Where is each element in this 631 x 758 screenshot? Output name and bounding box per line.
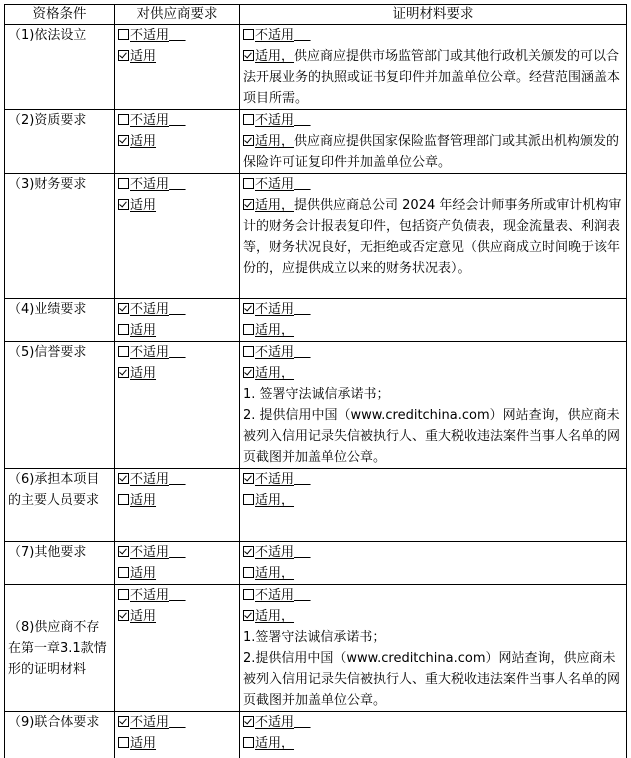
underline-padding [169, 469, 186, 490]
unchecked-checkbox-icon[interactable] [243, 589, 254, 600]
option-label: 不适用 [255, 588, 294, 603]
supplier-applicable-option[interactable]: 适用 [118, 320, 236, 341]
underline-padding [169, 542, 186, 563]
underline-padding [294, 25, 311, 46]
proof-applicable-option[interactable]: 适用， [243, 606, 623, 627]
proof-items: 1. 签署守法诚信承诺书；2. 提供信用中国（www.creditchina.c… [243, 384, 623, 468]
supplier-requirement-cell: 不适用 适用 [115, 299, 240, 342]
unchecked-checkbox-icon[interactable] [118, 324, 129, 335]
option-label: 适用， [255, 49, 294, 64]
supplier-requirement-cell: 不适用 适用 [115, 712, 240, 758]
qualification-condition: （9)联合体要求 [5, 712, 115, 758]
underline-padding [169, 174, 186, 195]
underline-padding [169, 712, 186, 733]
option-label: 适用， [255, 198, 294, 213]
unchecked-checkbox-icon[interactable] [243, 178, 254, 189]
option-label: 不适用 [130, 588, 169, 603]
table-body: （1)依法设立 不适用 适用 不适用 适用，供应商应提供市场监管部门或其他行政机… [5, 25, 627, 758]
option-label: 不适用 [255, 113, 294, 128]
proof-not-applicable-option[interactable]: 不适用 [243, 712, 623, 733]
unchecked-checkbox-icon[interactable] [118, 346, 129, 357]
option-label: 适用， [255, 366, 294, 381]
option-label: 不适用 [255, 302, 294, 317]
option-label: 适用 [130, 493, 156, 508]
option-label: 适用， [255, 566, 294, 581]
option-label: 适用， [255, 609, 294, 624]
supplier-requirement-cell: 不适用 适用 [115, 110, 240, 174]
qualification-condition: （7)其他要求 [5, 542, 115, 585]
supplier-requirement-cell: 不适用 适用 [115, 469, 240, 542]
option-label: 适用 [130, 198, 156, 213]
supplier-requirement-cell: 不适用 适用 [115, 342, 240, 469]
option-label: 适用 [130, 323, 156, 338]
proof-applicable-option[interactable]: 适用， [243, 363, 623, 384]
proof-not-applicable-option[interactable]: 不适用 [243, 469, 623, 490]
supplier-requirement-cell: 不适用 适用 [115, 542, 240, 585]
option-label: 不适用 [255, 177, 294, 192]
proof-description: 供应商应提供市场监管部门或其他行政机关颁发的可以合法开展业务的执照或证书复印件并… [243, 49, 620, 106]
checked-checkbox-icon[interactable] [118, 135, 129, 146]
checked-checkbox-icon[interactable] [118, 610, 129, 621]
option-label: 适用 [130, 566, 156, 581]
checked-checkbox-icon[interactable] [243, 473, 254, 484]
qualification-condition: （1)依法设立 [5, 25, 115, 110]
condition-label: （1)依法设立 [8, 28, 86, 43]
condition-label: （3)财务要求 [8, 177, 86, 192]
option-label: 适用， [255, 134, 294, 149]
condition-label: （5)信誉要求 [8, 345, 86, 360]
proof-list-item: 2. 提供信用中国（www.creditchina.com）网站查询，供应商未被… [243, 405, 623, 468]
option-label: 适用 [130, 609, 156, 624]
table-row: （1)依法设立 不适用 适用 不适用 适用，供应商应提供市场监管部门或其他行政机… [5, 25, 627, 110]
qualification-condition: （2)资质要求 [5, 110, 115, 174]
proof-list-item: 1. 签署守法诚信承诺书； [243, 384, 623, 405]
unchecked-checkbox-icon[interactable] [118, 114, 129, 125]
condition-label: （6)承担本项目的主要人员要求 [8, 472, 99, 508]
proof-description: 提供供应商总公司 2024 年经会计师事务所或审计机构审计的财务会计报表复印件，… [243, 198, 621, 276]
proof-applicable-option[interactable]: 适用，提供供应商总公司 2024 年经会计师事务所或审计机构审计的财务会计报表复… [243, 195, 623, 279]
supplier-not-applicable-option[interactable]: 不适用 [118, 712, 236, 733]
option-label: 适用， [255, 736, 294, 751]
option-label: 不适用 [130, 715, 169, 730]
underline-padding [169, 342, 186, 363]
checked-checkbox-icon[interactable] [243, 546, 254, 557]
option-label: 适用 [130, 366, 156, 381]
supplier-not-applicable-option[interactable]: 不适用 [118, 174, 236, 195]
proof-not-applicable-option[interactable]: 不适用 [243, 542, 623, 563]
proof-applicable-option[interactable]: 适用， [243, 320, 623, 341]
supplier-not-applicable-option[interactable]: 不适用 [118, 25, 236, 46]
proof-list-item: 2.提供信用中国（www.creditchina.com）网站查询，供应商未被列… [243, 648, 623, 711]
supplier-requirement-cell: 不适用 适用 [115, 174, 240, 299]
unchecked-checkbox-icon[interactable] [118, 589, 129, 600]
option-label: 适用， [255, 323, 294, 338]
option-label: 不适用 [130, 113, 169, 128]
supplier-applicable-option[interactable]: 适用 [118, 46, 236, 67]
option-label: 不适用 [130, 302, 169, 317]
checked-checkbox-icon[interactable] [118, 50, 129, 61]
checked-checkbox-icon[interactable] [243, 50, 254, 61]
checked-checkbox-icon[interactable] [118, 716, 129, 727]
checked-checkbox-icon[interactable] [243, 303, 254, 314]
proof-material-cell: 不适用 适用，供应商应提供国家保险监督管理部门或其派出机构颁发的保险许可证复印件… [240, 110, 627, 174]
proof-material-cell: 不适用 适用， [240, 299, 627, 342]
checked-checkbox-icon[interactable] [118, 367, 129, 378]
checked-checkbox-icon[interactable] [118, 199, 129, 210]
underline-padding [169, 299, 186, 320]
unchecked-checkbox-icon[interactable] [118, 178, 129, 189]
underline-padding [169, 585, 186, 606]
unchecked-checkbox-icon[interactable] [118, 567, 129, 578]
underline-padding [294, 585, 311, 606]
supplier-applicable-option[interactable]: 适用 [118, 563, 236, 584]
proof-applicable-option[interactable]: 适用，供应商应提供国家保险监督管理部门或其派出机构颁发的保险许可证复印件并加盖单… [243, 131, 623, 173]
proof-items: 1.签署守法诚信承诺书；2.提供信用中国（www.creditchina.com… [243, 627, 623, 711]
supplier-applicable-option[interactable]: 适用 [118, 606, 236, 627]
unchecked-checkbox-icon[interactable] [243, 567, 254, 578]
proof-applicable-option[interactable]: 适用， [243, 733, 623, 754]
supplier-not-applicable-option[interactable]: 不适用 [118, 299, 236, 320]
unchecked-checkbox-icon[interactable] [243, 114, 254, 125]
proof-material-cell: 不适用 适用， 1. 签署守法诚信承诺书；2. 提供信用中国（www.credi… [240, 342, 627, 469]
proof-applicable-option[interactable]: 适用， [243, 490, 623, 511]
underline-padding [169, 110, 186, 131]
table-row: （8)供应商不存在第一章3.1款情形的证明材料 不适用 适用 不适用 适用， 1… [5, 585, 627, 712]
unchecked-checkbox-icon[interactable] [118, 29, 129, 40]
underline-padding [294, 542, 311, 563]
checked-checkbox-icon[interactable] [243, 199, 254, 210]
table-row: （2)资质要求 不适用 适用 不适用 适用，供应商应提供国家保险监督管理部门或其… [5, 110, 627, 174]
underline-padding [294, 299, 311, 320]
supplier-not-applicable-option[interactable]: 不适用 [118, 342, 236, 363]
proof-not-applicable-option[interactable]: 不适用 [243, 110, 623, 131]
qualification-condition: （3)财务要求 [5, 174, 115, 299]
option-label: 适用 [130, 134, 156, 149]
header-proof-material: 证明材料要求 [240, 5, 627, 25]
option-label: 不适用 [255, 715, 294, 730]
qualification-condition: （4)业绩要求 [5, 299, 115, 342]
proof-not-applicable-option[interactable]: 不适用 [243, 174, 623, 195]
supplier-applicable-option[interactable]: 适用 [118, 490, 236, 511]
condition-label: （4)业绩要求 [8, 302, 86, 317]
header-qualification: 资格条件 [5, 5, 115, 25]
table-row: （7)其他要求 不适用 适用 不适用 适用， [5, 542, 627, 585]
underline-padding [294, 342, 311, 363]
table-header-row: 资格条件 对供应商要求 证明材料要求 [5, 5, 627, 25]
proof-applicable-option[interactable]: 适用，供应商应提供市场监管部门或其他行政机关颁发的可以合法开展业务的执照或证书复… [243, 46, 623, 109]
table-row: （9)联合体要求 不适用 适用 不适用 适用， [5, 712, 627, 758]
unchecked-checkbox-icon[interactable] [243, 324, 254, 335]
table-row: （4)业绩要求 不适用 适用 不适用 适用， [5, 299, 627, 342]
supplier-not-applicable-option[interactable]: 不适用 [118, 469, 236, 490]
qualification-condition: （8)供应商不存在第一章3.1款情形的证明材料 [5, 585, 115, 712]
unchecked-checkbox-icon[interactable] [243, 346, 254, 357]
proof-material-cell: 不适用 适用， [240, 712, 627, 758]
underline-padding [294, 174, 311, 195]
checked-checkbox-icon[interactable] [118, 546, 129, 557]
underline-padding [294, 469, 311, 490]
checked-checkbox-icon[interactable] [243, 367, 254, 378]
checked-checkbox-icon[interactable] [118, 473, 129, 484]
supplier-not-applicable-option[interactable]: 不适用 [118, 110, 236, 131]
proof-material-cell: 不适用 适用，提供供应商总公司 2024 年经会计师事务所或审计机构审计的财务会… [240, 174, 627, 299]
condition-label: （2)资质要求 [8, 113, 86, 128]
proof-not-applicable-option[interactable]: 不适用 [243, 25, 623, 46]
checked-checkbox-icon[interactable] [243, 716, 254, 727]
checked-checkbox-icon[interactable] [243, 135, 254, 146]
unchecked-checkbox-icon[interactable] [243, 29, 254, 40]
underline-padding [294, 110, 311, 131]
proof-material-cell: 不适用 适用， 1.签署守法诚信承诺书；2.提供信用中国（www.creditc… [240, 585, 627, 712]
supplier-applicable-option[interactable]: 适用 [118, 733, 236, 754]
proof-description: 供应商应提供国家保险监督管理部门或其派出机构颁发的保险许可证复印件并加盖单位公章… [243, 134, 619, 170]
condition-label: （9)联合体要求 [8, 715, 99, 730]
checked-checkbox-icon[interactable] [243, 610, 254, 621]
supplier-applicable-option[interactable]: 适用 [118, 195, 236, 216]
option-label: 不适用 [130, 177, 169, 192]
option-label: 不适用 [130, 545, 169, 560]
supplier-applicable-option[interactable]: 适用 [118, 363, 236, 384]
option-label: 不适用 [130, 28, 169, 43]
qualification-condition: （6)承担本项目的主要人员要求 [5, 469, 115, 542]
supplier-not-applicable-option[interactable]: 不适用 [118, 542, 236, 563]
proof-list-item: 1.签署守法诚信承诺书； [243, 627, 623, 648]
condition-label: （8)供应商不存在第一章3.1款情形的证明材料 [8, 620, 107, 677]
unchecked-checkbox-icon[interactable] [243, 494, 254, 505]
proof-material-cell: 不适用 适用， [240, 542, 627, 585]
proof-not-applicable-option[interactable]: 不适用 [243, 299, 623, 320]
supplier-requirement-cell: 不适用 适用 [115, 25, 240, 110]
option-label: 不适用 [130, 472, 169, 487]
proof-applicable-option[interactable]: 适用， [243, 563, 623, 584]
unchecked-checkbox-icon[interactable] [243, 737, 254, 748]
table-row: （5)信誉要求 不适用 适用 不适用 适用， 1. 签署守法诚信承诺书；2. 提… [5, 342, 627, 469]
proof-not-applicable-option[interactable]: 不适用 [243, 585, 623, 606]
condition-label: （7)其他要求 [8, 545, 86, 560]
option-label: 适用， [255, 493, 294, 508]
option-label: 不适用 [255, 345, 294, 360]
underline-padding [294, 712, 311, 733]
unchecked-checkbox-icon[interactable] [118, 494, 129, 505]
supplier-applicable-option[interactable]: 适用 [118, 131, 236, 152]
proof-not-applicable-option[interactable]: 不适用 [243, 342, 623, 363]
table-row: （3)财务要求 不适用 适用 不适用 适用，提供供应商总公司 2024 年经会计… [5, 174, 627, 299]
option-label: 不适用 [255, 545, 294, 560]
qualification-requirements-table: 资格条件 对供应商要求 证明材料要求 （1)依法设立 不适用 适用 不适用 适用… [4, 4, 627, 758]
option-label: 不适用 [130, 345, 169, 360]
header-supplier-requirement: 对供应商要求 [115, 5, 240, 25]
qualification-condition: （5)信誉要求 [5, 342, 115, 469]
unchecked-checkbox-icon[interactable] [118, 737, 129, 748]
supplier-not-applicable-option[interactable]: 不适用 [118, 585, 236, 606]
supplier-requirement-cell: 不适用 适用 [115, 585, 240, 712]
underline-padding [169, 25, 186, 46]
proof-material-cell: 不适用 适用， [240, 469, 627, 542]
option-label: 不适用 [255, 28, 294, 43]
option-label: 适用 [130, 49, 156, 64]
option-label: 不适用 [255, 472, 294, 487]
option-label: 适用 [130, 736, 156, 751]
proof-material-cell: 不适用 适用，供应商应提供市场监管部门或其他行政机关颁发的可以合法开展业务的执照… [240, 25, 627, 110]
table-row: （6)承担本项目的主要人员要求 不适用 适用 不适用 适用， [5, 469, 627, 542]
checked-checkbox-icon[interactable] [118, 303, 129, 314]
